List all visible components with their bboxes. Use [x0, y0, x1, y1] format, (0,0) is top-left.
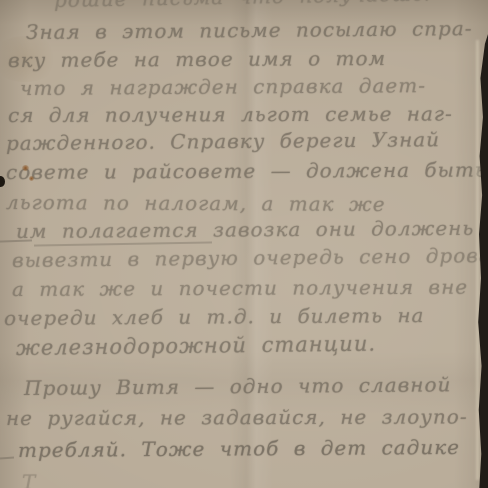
- handwritten-line-17: Т: [22, 470, 37, 488]
- handwritten-line-16: требляй. Тоже чтоб в дет садике: [18, 435, 460, 462]
- pencil-dash: [0, 457, 14, 460]
- handwritten-line-5: ся для получения льгот семье наг-: [8, 101, 453, 127]
- letter-paper: рошие письма что получаешь. Зная в этом …: [0, 0, 488, 488]
- handwritten-line-11: а так же и почести получения вне: [12, 275, 468, 301]
- edge-speck: [0, 176, 5, 187]
- handwritten-line-10: вывезти в первую очередь сено дрова: [12, 243, 488, 272]
- handwritten-line-14: Прошу Витя — одно что славной: [24, 372, 452, 400]
- handwritten-line-3: вку тебе на твое имя о том: [8, 46, 386, 72]
- handwritten-line-13: железнодорожной станции.: [16, 332, 376, 360]
- handwritten-line-12: очереди хлеб и т.д. и билеть на: [4, 303, 425, 330]
- paper-edge-highlight: [476, 40, 479, 480]
- handwritten-line-9: им полагается завозка они должень —: [16, 216, 488, 243]
- handwritten-line-7: совете и райсовете — должена быть: [6, 157, 487, 184]
- handwritten-line-6: ражденного. Справку береги Узнай: [6, 127, 440, 155]
- rust-stain: [29, 176, 34, 181]
- handwritten-line-8: льгота по налогам, а так же: [6, 190, 386, 216]
- handwritten-line-15: не ругайся, не задавайся, не злоупо-: [6, 404, 468, 430]
- handwritten-line-1: рошие письма что получаешь.: [54, 0, 431, 12]
- handwritten-line-2: Зная в этом письме посылаю спра-: [26, 16, 473, 44]
- handwritten-line-4: что я награжден справка дает-: [20, 73, 426, 100]
- rust-stain: [22, 165, 29, 171]
